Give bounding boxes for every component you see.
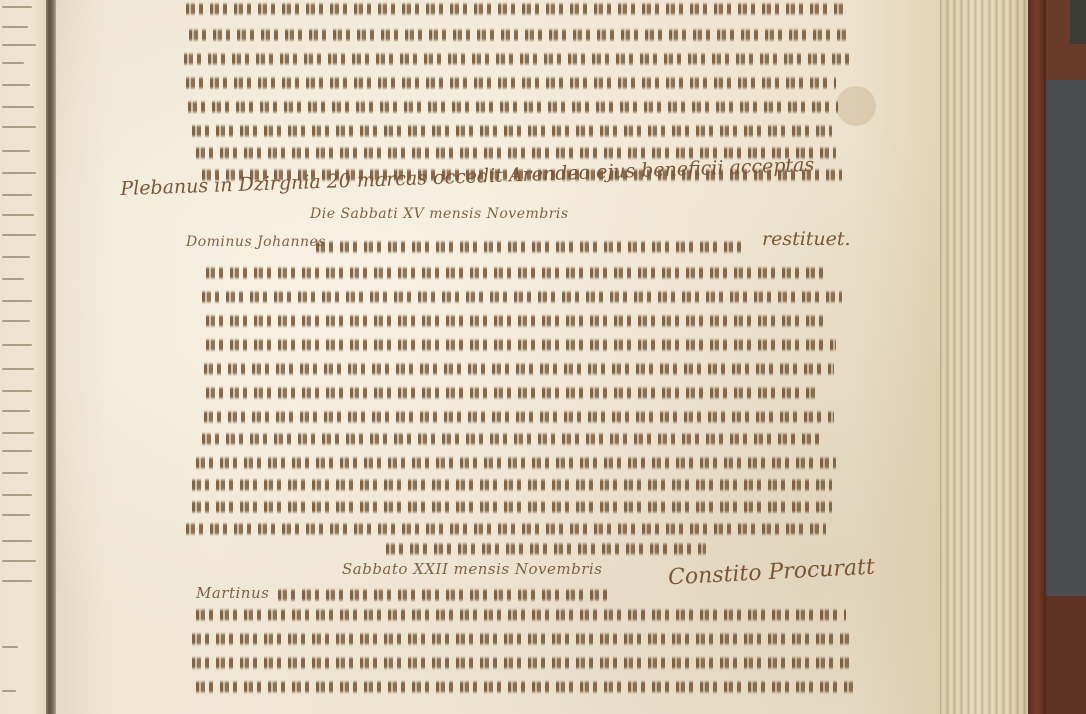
text-line xyxy=(196,680,856,694)
book-cover-board xyxy=(1028,0,1046,714)
text-line xyxy=(206,386,816,400)
manuscript-scene: Plebanus in Dzirgnia 20 marcas occedit A… xyxy=(0,0,1086,714)
text-line xyxy=(316,240,746,254)
text-line xyxy=(196,456,836,470)
text-line xyxy=(188,100,838,114)
text-line xyxy=(206,338,836,352)
text-line xyxy=(192,478,832,492)
entry-opening: Dominus Johannes xyxy=(186,234,326,250)
background-surface xyxy=(1046,0,1086,714)
text-line xyxy=(206,266,826,280)
left-page-fragment xyxy=(0,0,46,714)
book-gutter xyxy=(46,0,56,714)
main-page: Plebanus in Dzirgnia 20 marcas occedit A… xyxy=(56,0,940,714)
text-line xyxy=(202,290,842,304)
text-line xyxy=(186,522,826,536)
entry-opening: Martinus xyxy=(196,584,269,602)
page-edges xyxy=(940,0,1032,714)
text-line xyxy=(202,432,822,446)
text-line xyxy=(196,608,846,622)
text-line xyxy=(192,500,832,514)
text-line xyxy=(184,52,849,66)
marginal-note-left: Plebanus in Dzirgnia 20 marcas occedit A… xyxy=(120,154,815,200)
text-line xyxy=(204,410,834,424)
text-line xyxy=(186,2,846,16)
text-line xyxy=(189,28,849,42)
text-line xyxy=(192,632,852,646)
text-line xyxy=(386,542,706,556)
marginal-note-right: restituet. xyxy=(762,228,851,250)
entry-heading: Sabbato XXII mensis Novembris xyxy=(342,560,602,578)
text-line xyxy=(204,362,834,376)
entry-heading: Die Sabbati XV mensis Novembris xyxy=(310,206,569,222)
text-line xyxy=(278,588,608,602)
text-line xyxy=(186,76,836,90)
marginal-note-bottom: Constito Procuratt xyxy=(667,555,875,591)
text-line xyxy=(206,314,826,328)
text-line xyxy=(192,656,852,670)
text-line xyxy=(192,124,832,138)
